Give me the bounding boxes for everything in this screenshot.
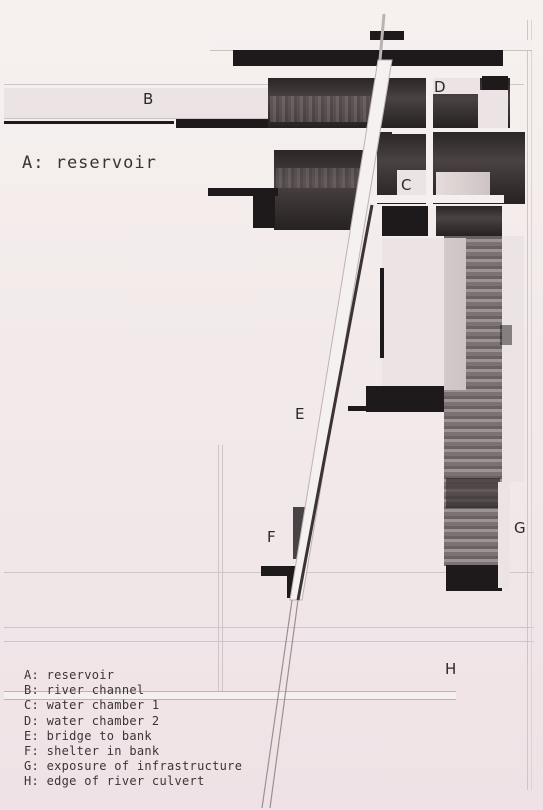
legend-item: G: exposure of infrastructure — [24, 759, 242, 774]
label-d: D — [434, 78, 446, 96]
legend-item: D: water chamber 2 — [24, 714, 242, 729]
label-h: H — [445, 660, 456, 678]
legend-item: A: reservoir — [24, 668, 242, 683]
legend-item: C: water chamber 1 — [24, 698, 242, 713]
label-f: F — [267, 528, 276, 546]
legend: A: reservoir B: river channel C: water c… — [24, 668, 242, 790]
legend-item: B: river channel — [24, 683, 242, 698]
label-c: C — [401, 176, 411, 194]
legend-item: H: edge of river culvert — [24, 774, 242, 789]
legend-item: F: shelter in bank — [24, 744, 242, 759]
reservoir-label: A: reservoir — [22, 153, 157, 173]
label-g: G — [514, 519, 526, 537]
label-b: B — [143, 90, 153, 108]
label-e: E — [295, 405, 304, 423]
legend-item: E: bridge to bank — [24, 729, 242, 744]
architectural-model-photo: A: reservoir B C D E F G H A: reservoir … — [0, 0, 543, 810]
